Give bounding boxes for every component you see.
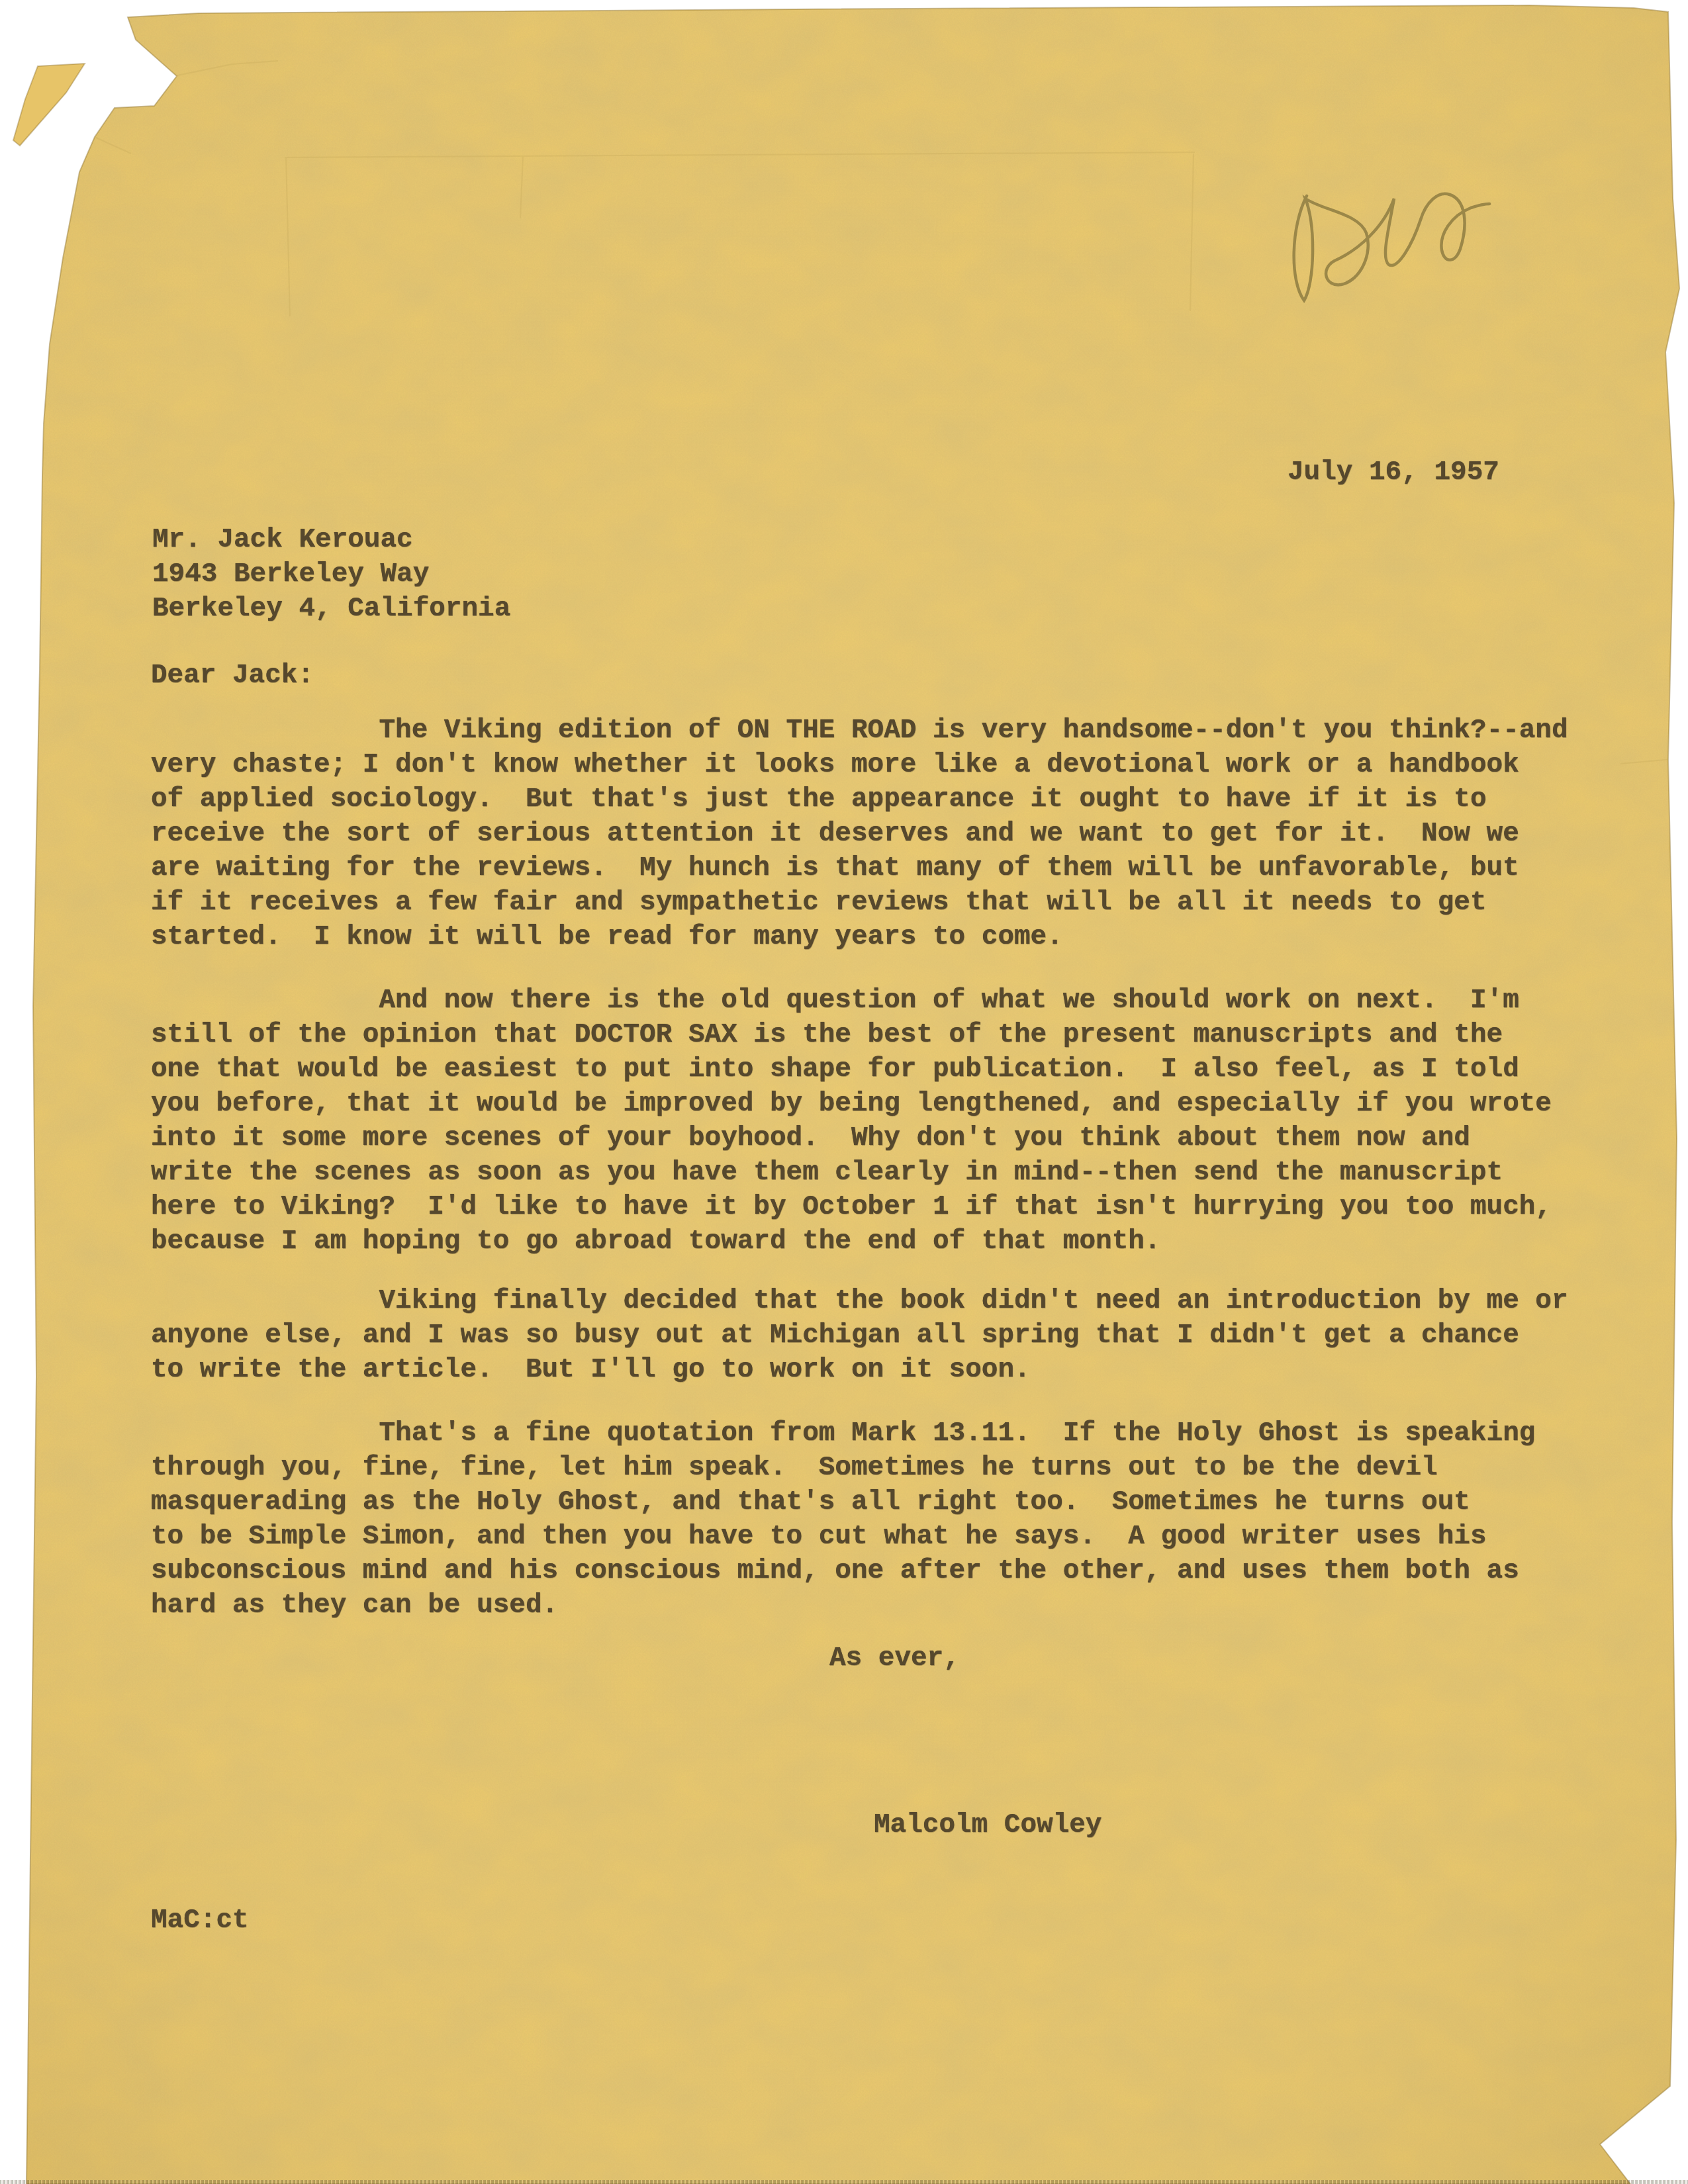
letter-text-layer: July 16, 1957 Mr. Jack Kerouac 1943 Berk…	[0, 0, 1688, 2184]
signature-name: Malcolm Cowley	[874, 1808, 1102, 1843]
salutation: Dear Jack:	[151, 659, 314, 693]
scanned-letter-page: July 16, 1957 Mr. Jack Kerouac 1943 Berk…	[0, 0, 1688, 2184]
body-paragraph-4: That's a fine quotation from Mark 13.11.…	[151, 1416, 1535, 1623]
body-paragraph-2: And now there is the old question of wha…	[151, 983, 1552, 1259]
recipient-city: Berkeley 4, California	[152, 592, 510, 626]
scanner-edge-artifact	[0, 2180, 1688, 2184]
recipient-street: 1943 Berkeley Way	[152, 557, 429, 592]
closing-line: As ever,	[829, 1641, 960, 1676]
date-line: July 16, 1957	[1288, 455, 1499, 490]
body-paragraph-3: Viking finally decided that the book did…	[151, 1284, 1568, 1387]
reference-initials: MaC:ct	[151, 1903, 249, 1938]
recipient-name: Mr. Jack Kerouac	[152, 523, 413, 557]
body-paragraph-1: The Viking edition of ON THE ROAD is ver…	[151, 713, 1568, 954]
